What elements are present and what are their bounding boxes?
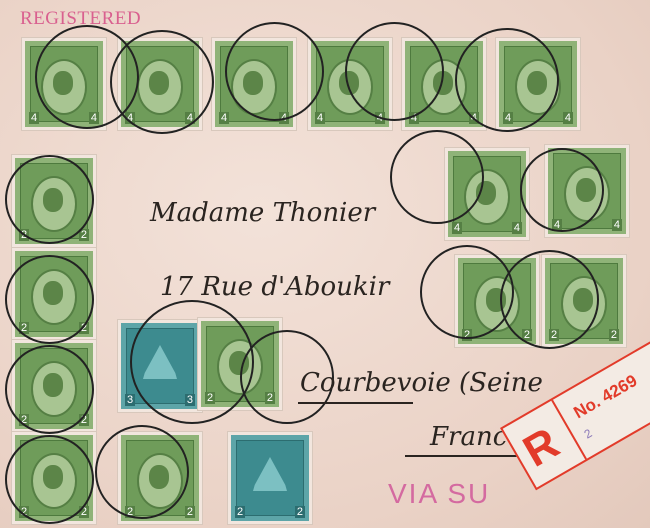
routing-mark: VIA SU: [388, 478, 490, 510]
envelope: REGISTERED 44444444444444442222222222223…: [0, 0, 650, 528]
address-line-1: Madame Thonier: [150, 198, 375, 228]
registration-number: No. 4269: [570, 371, 641, 423]
postmark-circle: [130, 300, 254, 424]
registration-letter: R: [517, 421, 567, 475]
postmark-circle: [345, 22, 444, 121]
postmark-circle: [5, 155, 94, 244]
postmark-circle: [110, 30, 214, 134]
postmark-circle: [520, 148, 604, 232]
postmark-circle: [225, 22, 324, 121]
address-line-2: 17 Rue d'Aboukir: [160, 272, 389, 302]
label-postmark: 2: [582, 426, 595, 441]
postmark-circle: [455, 28, 559, 132]
postmark-circle: [390, 130, 484, 224]
postmark-circle: [5, 255, 94, 344]
postmark-circle: [500, 250, 599, 349]
postmark-circle: [95, 425, 189, 519]
postmark-circle: [5, 345, 94, 434]
postmark-circle: [5, 435, 94, 524]
address-line-3: Courbevoie (Seine: [300, 368, 543, 398]
postage-stamp: 22: [228, 432, 312, 524]
registration-label: R No. 4269 2: [500, 339, 650, 491]
underline: [298, 402, 413, 404]
